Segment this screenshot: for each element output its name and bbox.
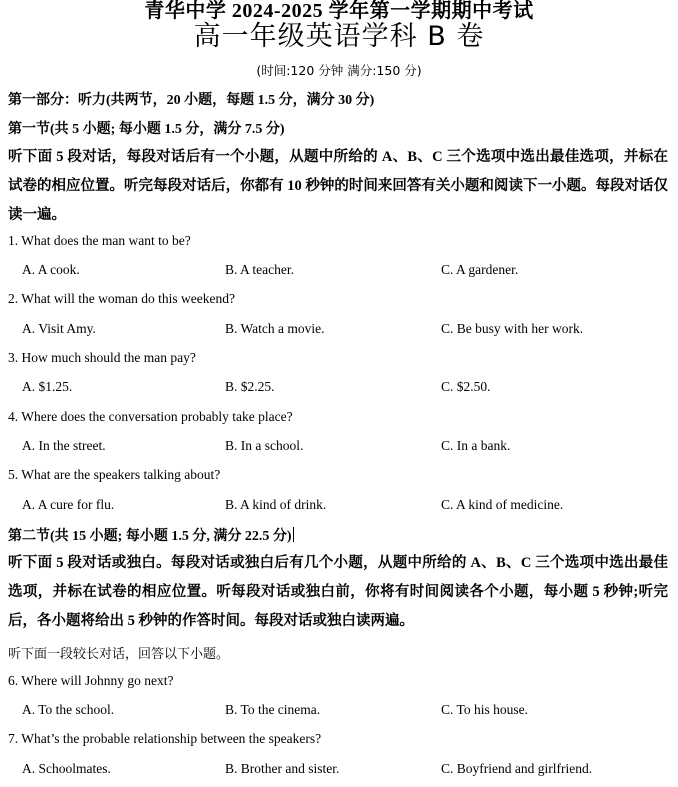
option-a: A. In the street. [22, 438, 106, 454]
option-b: B. To the cinema. [225, 702, 320, 718]
option-a: A. A cook. [22, 262, 80, 278]
option-c: C. A kind of medicine. [441, 497, 563, 513]
option-b: B. Watch a movie. [225, 321, 325, 337]
part1-heading: 第一部分：听力(共两节，20 小题，每题 1.5 分，满分 30 分) [8, 89, 374, 109]
option-b: B. In a school. [225, 438, 303, 454]
section2-instructions: 听下面 5 段对话或独白。每段对话或独白后有几个小题，从题中所给的 A、B、C … [8, 549, 668, 636]
question-stem: 1. What does the man want to be? [8, 233, 191, 249]
exam-title: 高一年级英语学科 B 卷 [0, 14, 678, 53]
option-c: C. A gardener. [441, 262, 518, 278]
section1-heading: 第一节(共 5 小题; 每小题 1.5 分，满分 7.5 分) [8, 118, 285, 138]
option-a: A. Schoolmates. [22, 761, 111, 777]
option-a: A. To the school. [22, 702, 114, 718]
question-stem: 5. What are the speakers talking about? [8, 467, 220, 483]
exam-meta: (时间:120 分钟 满分:150 分) [0, 61, 678, 79]
text-cursor [293, 527, 295, 542]
option-b: B. A teacher. [225, 262, 294, 278]
section2-heading[interactable]: 第二节(共 15 小题; 每小题 1.5 分, 满分 22.5 分) [8, 525, 294, 545]
option-c: C. Be busy with her work. [441, 321, 583, 337]
option-c: C. To his house. [441, 702, 528, 718]
question-stem: 4. Where does the conversation probably … [8, 409, 293, 425]
option-c: C. In a bank. [441, 438, 510, 454]
option-a: A. $1.25. [22, 379, 72, 395]
option-b: B. $2.25. [225, 379, 275, 395]
option-c: C. Boyfriend and girlfriend. [441, 761, 592, 777]
question-stem: 3. How much should the man pay? [8, 350, 196, 366]
dialogue-note: 听下面一段较长对话，回答以下小题。 [8, 643, 229, 662]
option-c: C. $2.50. [441, 379, 491, 395]
section2-heading-text: 第二节(共 15 小题; 每小题 1.5 分, 满分 22.5 分) [8, 529, 292, 544]
question-stem: 2. What will the woman do this weekend? [8, 291, 235, 307]
question-stem: 7. What’s the probable relationship betw… [8, 731, 321, 747]
section1-instructions: 听下面 5 段对话，每段对话后有一个小题，从题中所给的 A、B、C 三个选项中选… [8, 143, 668, 230]
option-b: B. Brother and sister. [225, 761, 339, 777]
option-b: B. A kind of drink. [225, 497, 326, 513]
option-a: A. A cure for flu. [22, 497, 114, 513]
question-stem: 6. Where will Johnny go next? [8, 673, 173, 689]
option-a: A. Visit Amy. [22, 321, 96, 337]
